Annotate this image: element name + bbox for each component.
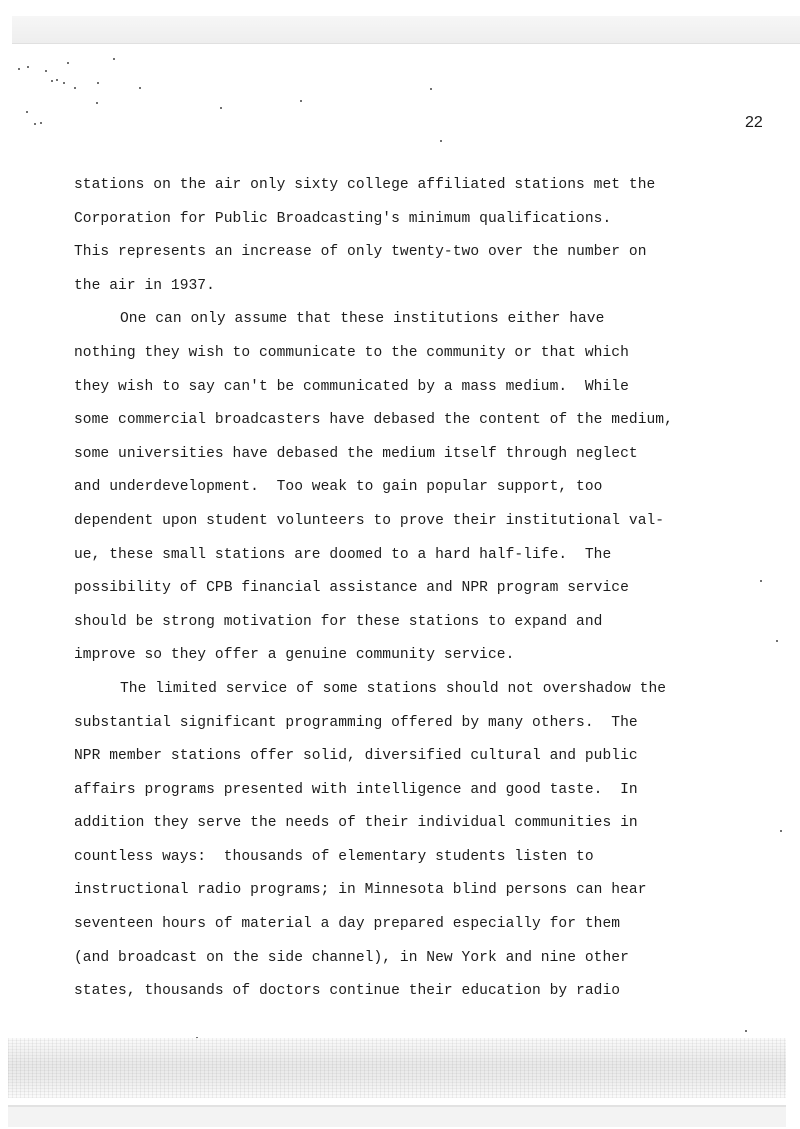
speck [430, 88, 432, 90]
text-line: and underdevelopment. Too weak to gain p… [74, 474, 774, 508]
speck [40, 122, 42, 124]
speck [34, 123, 36, 125]
text-line: stations on the air only sixty college a… [74, 172, 774, 206]
scan-noise-band [8, 1038, 786, 1098]
speck [97, 82, 99, 84]
text-line: NPR member stations offer solid, diversi… [74, 743, 774, 777]
text-line: states, thousands of doctors continue th… [74, 978, 774, 1012]
speck [45, 70, 47, 72]
text-line: should be strong motivation for these st… [74, 609, 774, 643]
speck [139, 87, 141, 89]
text-line: seventeen hours of material a day prepar… [74, 911, 774, 945]
speck [96, 102, 98, 104]
speck [440, 140, 442, 142]
page-number: 22 [745, 114, 763, 132]
speck [27, 66, 29, 68]
text-line: (and broadcast on the side channel), in … [74, 945, 774, 979]
text-line: improve so they offer a genuine communit… [74, 642, 774, 676]
text-line: substantial significant programming offe… [74, 710, 774, 744]
scan-edge-bottom [8, 1105, 786, 1127]
text-line: possibility of CPB financial assistance … [74, 575, 774, 609]
speck [51, 80, 53, 82]
text-line: addition they serve the needs of their i… [74, 810, 774, 844]
speck [113, 58, 115, 60]
speck [220, 107, 222, 109]
speck [63, 82, 65, 84]
text-line: This represents an increase of only twen… [74, 239, 774, 273]
speck [67, 62, 69, 64]
speck [18, 68, 20, 70]
speck [776, 640, 778, 642]
text-line: One can only assume that these instituti… [74, 306, 774, 340]
text-line: nothing they wish to communicate to the … [74, 340, 774, 374]
scan-edge-top [12, 16, 800, 44]
text-line: some universities have debased the mediu… [74, 441, 774, 475]
text-line: Corporation for Public Broadcasting's mi… [74, 206, 774, 240]
body-text: stations on the air only sixty college a… [74, 172, 774, 1012]
text-line: instructional radio programs; in Minneso… [74, 877, 774, 911]
text-line: dependent upon student volunteers to pro… [74, 508, 774, 542]
scanned-page: 22 stations on the air only sixty colleg… [0, 0, 800, 1129]
text-line: affairs programs presented with intellig… [74, 777, 774, 811]
speck [745, 1030, 747, 1032]
speck [780, 830, 782, 832]
text-line: the air in 1937. [74, 273, 774, 307]
text-line: The limited service of some stations sho… [74, 676, 774, 710]
speck [74, 87, 76, 89]
speck [56, 79, 58, 81]
text-line: some commercial broadcasters have debase… [74, 407, 774, 441]
text-line: they wish to say can't be communicated b… [74, 374, 774, 408]
speck [300, 100, 302, 102]
speck [26, 111, 28, 113]
text-line: countless ways: thousands of elementary … [74, 844, 774, 878]
text-line: ue, these small stations are doomed to a… [74, 542, 774, 576]
